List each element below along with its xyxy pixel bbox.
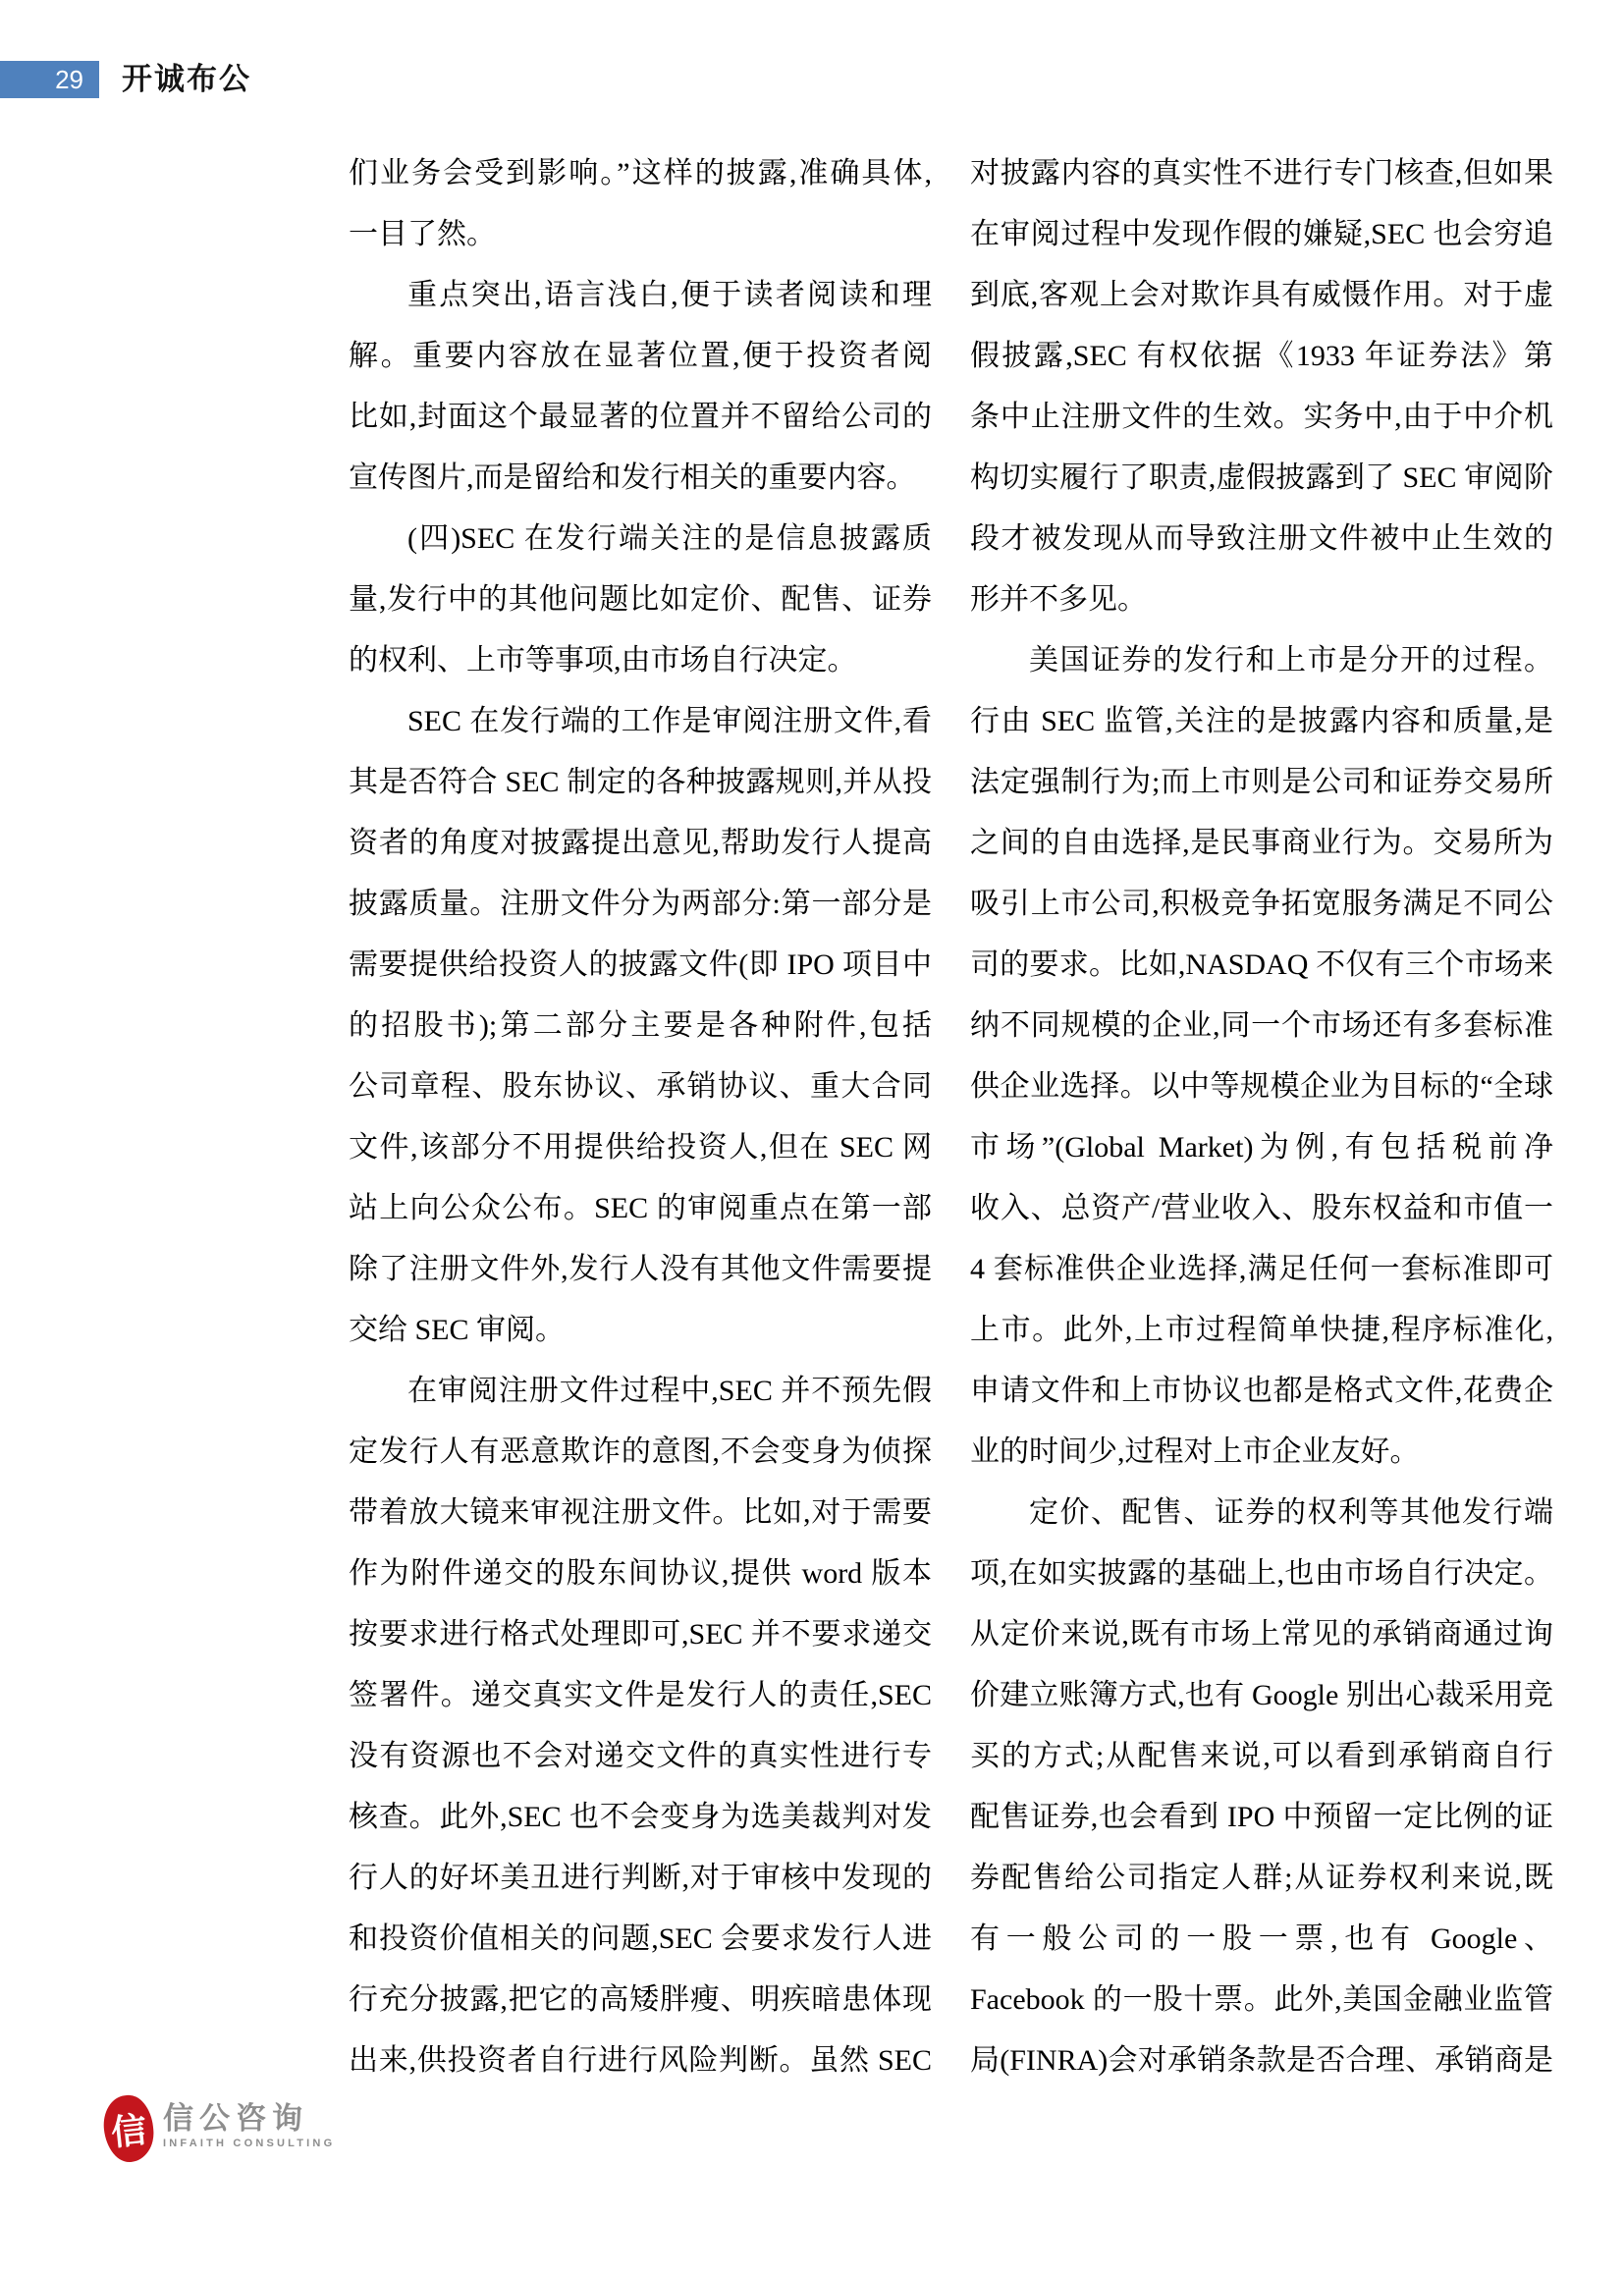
text-line: 带着放大镜来审视注册文件。比如,对于需要 [349,1483,932,1543]
text-line: 在审阅过程中发现作假的嫌疑,SEC 也会穷追 [970,204,1553,265]
text-line: 构切实履行了职责,虚假披露到了 SEC 审阅阶 [970,448,1553,509]
text-line: 有一般公司的一股一票,也有 Google、 [970,1909,1553,1970]
text-line: 和投资价值相关的问题,SEC 会要求发行人进 [349,1909,932,1970]
page-header-title: 开诚布公 [122,60,251,99]
text-line: 宣传图片,而是留给和发行相关的重要内容。 [349,448,932,509]
text-line: 定发行人有恶意欺诈的意图,不会变身为侦探 [349,1422,932,1483]
text-line: 券配售给公司指定人群;从证券权利来说,既 [970,1848,1553,1909]
document-page: 29 开诚布公 们业务会受到影响。”这样的披露,准确具体,一目了然。重点突出,语… [0,0,1624,2274]
logo-seal-icon: 信 [101,2093,157,2165]
text-line: 法定强制行为;而上市则是公司和证券交易所 [970,752,1553,813]
text-line: Facebook 的一股十票。此外,美国金融业监管 [970,1970,1553,2030]
text-line: 解。重要内容放在显著位置,便于投资者阅读。 [349,326,932,387]
right-text-column: 对披露内容的真实性不进行专门核查,但如果在审阅过程中发现作假的嫌疑,SEC 也会… [970,143,1553,2091]
text-line: 美国证券的发行和上市是分开的过程。发 [970,630,1553,691]
text-line: 申请文件和上市协议也都是格式文件,花费企 [970,1361,1553,1422]
text-line: 价建立账簿方式,也有 Google 别出心裁采用竞 [970,1665,1553,1726]
text-line: 重点突出,语言浅白,便于读者阅读和理 [349,265,932,326]
text-line: 纳不同规模的企业,同一个市场还有多套标准 [970,996,1553,1056]
logo-english-name: INFAITH CONSULTING [163,2138,335,2149]
text-line: 局(FINRA)会对承销条款是否合理、承销商是 [970,2030,1553,2091]
text-line: 行由 SEC 监管,关注的是披露内容和质量,是 [970,691,1553,752]
text-line: 形并不多见。 [970,569,1553,630]
text-line: 4 套标准供企业选择,满足任何一套标准即可 [970,1239,1553,1300]
text-line: 吸引上市公司,积极竞争拓宽服务满足不同公 [970,874,1553,935]
text-line: 签署件。递交真实文件是发行人的责任,SEC [349,1665,932,1726]
text-line: 披露质量。注册文件分为两部分:第一部分是 [349,874,932,935]
text-line: 假披露,SEC 有权依据《1933 年证券法》第 8(d) [970,326,1553,387]
text-line: 没有资源也不会对递交文件的真实性进行专门 [349,1726,932,1787]
text-line: 一目了然。 [349,204,932,265]
text-line: 核查。此外,SEC 也不会变身为选美裁判对发 [349,1787,932,1848]
text-line: 需要提供给投资人的披露文件(即 IPO 项目中 [349,935,932,996]
logo-chinese-name: 信公咨询 [163,2103,335,2135]
text-line: 出来,供投资者自行进行风险判断。虽然 SEC [349,2030,932,2091]
text-line: 到底,客观上会对欺诈具有威慑作用。对于虚 [970,265,1553,326]
logo-seal-character: 信 [108,2102,148,2155]
text-line: 对披露内容的真实性不进行专门核查,但如果 [970,143,1553,204]
text-line: 定价、配售、证券的权利等其他发行端事 [970,1483,1553,1543]
text-line: 公司章程、股东协议、承销协议、重大合同等 [349,1056,932,1117]
text-line: 文件,该部分不用提供给投资人,但在 SEC 网 [349,1117,932,1178]
logo-text-block: 信公咨询 INFAITH CONSULTING [163,2095,335,2149]
text-line: 司的要求。比如,NASDAQ 不仅有三个市场来容 [970,935,1553,996]
text-line: 交给 SEC 审阅。 [349,1300,932,1361]
text-line: 市场”(Global Market)为例,有包括税前净 [970,1117,1553,1178]
text-line: 之间的自由选择,是民事商业行为。交易所为 [970,813,1553,874]
page-number-badge: 29 [0,61,99,98]
page-number: 29 [55,65,83,94]
text-line: 行人的好坏美丑进行判断,对于审核中发现的 [349,1848,932,1909]
text-line: SEC 在发行端的工作是审阅注册文件,看 [349,691,932,752]
text-line: 收入、总资产/营业收入、股东权益和市值一共 [970,1178,1553,1239]
text-line: 买的方式;从配售来说,可以看到承销商自行 [970,1726,1553,1787]
text-line: 项,在如实披露的基础上,也由市场自行决定。 [970,1543,1553,1604]
text-line: 作为附件递交的股东间协议,提供 word 版本并 [349,1543,932,1604]
text-line: 的权利、上市等事项,由市场自行决定。 [349,630,932,691]
left-text-column: 们业务会受到影响。”这样的披露,准确具体,一目了然。重点突出,语言浅白,便于读者… [349,143,932,2091]
company-logo: 信 信公咨询 INFAITH CONSULTING [104,2095,335,2162]
text-line: (四)SEC 在发行端关注的是信息披露质 [349,509,932,569]
text-line: 行充分披露,把它的高矮胖瘦、明疾暗患体现 [349,1970,932,2030]
text-line: 供企业选择。以中等规模企业为目标的“全球 [970,1056,1553,1117]
text-line: 条中止注册文件的生效。实务中,由于中介机 [970,387,1553,448]
text-line: 站上向公众公布。SEC 的审阅重点在第一部分。 [349,1178,932,1239]
text-line: 们业务会受到影响。”这样的披露,准确具体, [349,143,932,204]
text-line: 按要求进行格式处理即可,SEC 并不要求递交 [349,1604,932,1665]
text-line: 业的时间少,过程对上市企业友好。 [970,1422,1553,1483]
text-line: 在审阅注册文件过程中,SEC 并不预先假 [349,1361,932,1422]
text-line: 除了注册文件外,发行人没有其他文件需要提 [349,1239,932,1300]
text-line: 资者的角度对披露提出意见,帮助发行人提高 [349,813,932,874]
text-line: 比如,封面这个最显著的位置并不留给公司的 [349,387,932,448]
text-line: 从定价来说,既有市场上常见的承销商通过询 [970,1604,1553,1665]
text-line: 配售证券,也会看到 IPO 中预留一定比例的证 [970,1787,1553,1848]
text-line: 其是否符合 SEC 制定的各种披露规则,并从投 [349,752,932,813]
text-line: 段才被发现从而导致注册文件被中止生效的情 [970,509,1553,569]
text-line: 的招股书);第二部分主要是各种附件,包括 [349,996,932,1056]
text-line: 量,发行中的其他问题比如定价、配售、证券 [349,569,932,630]
text-line: 上市。此外,上市过程简单快捷,程序标准化, [970,1300,1553,1361]
